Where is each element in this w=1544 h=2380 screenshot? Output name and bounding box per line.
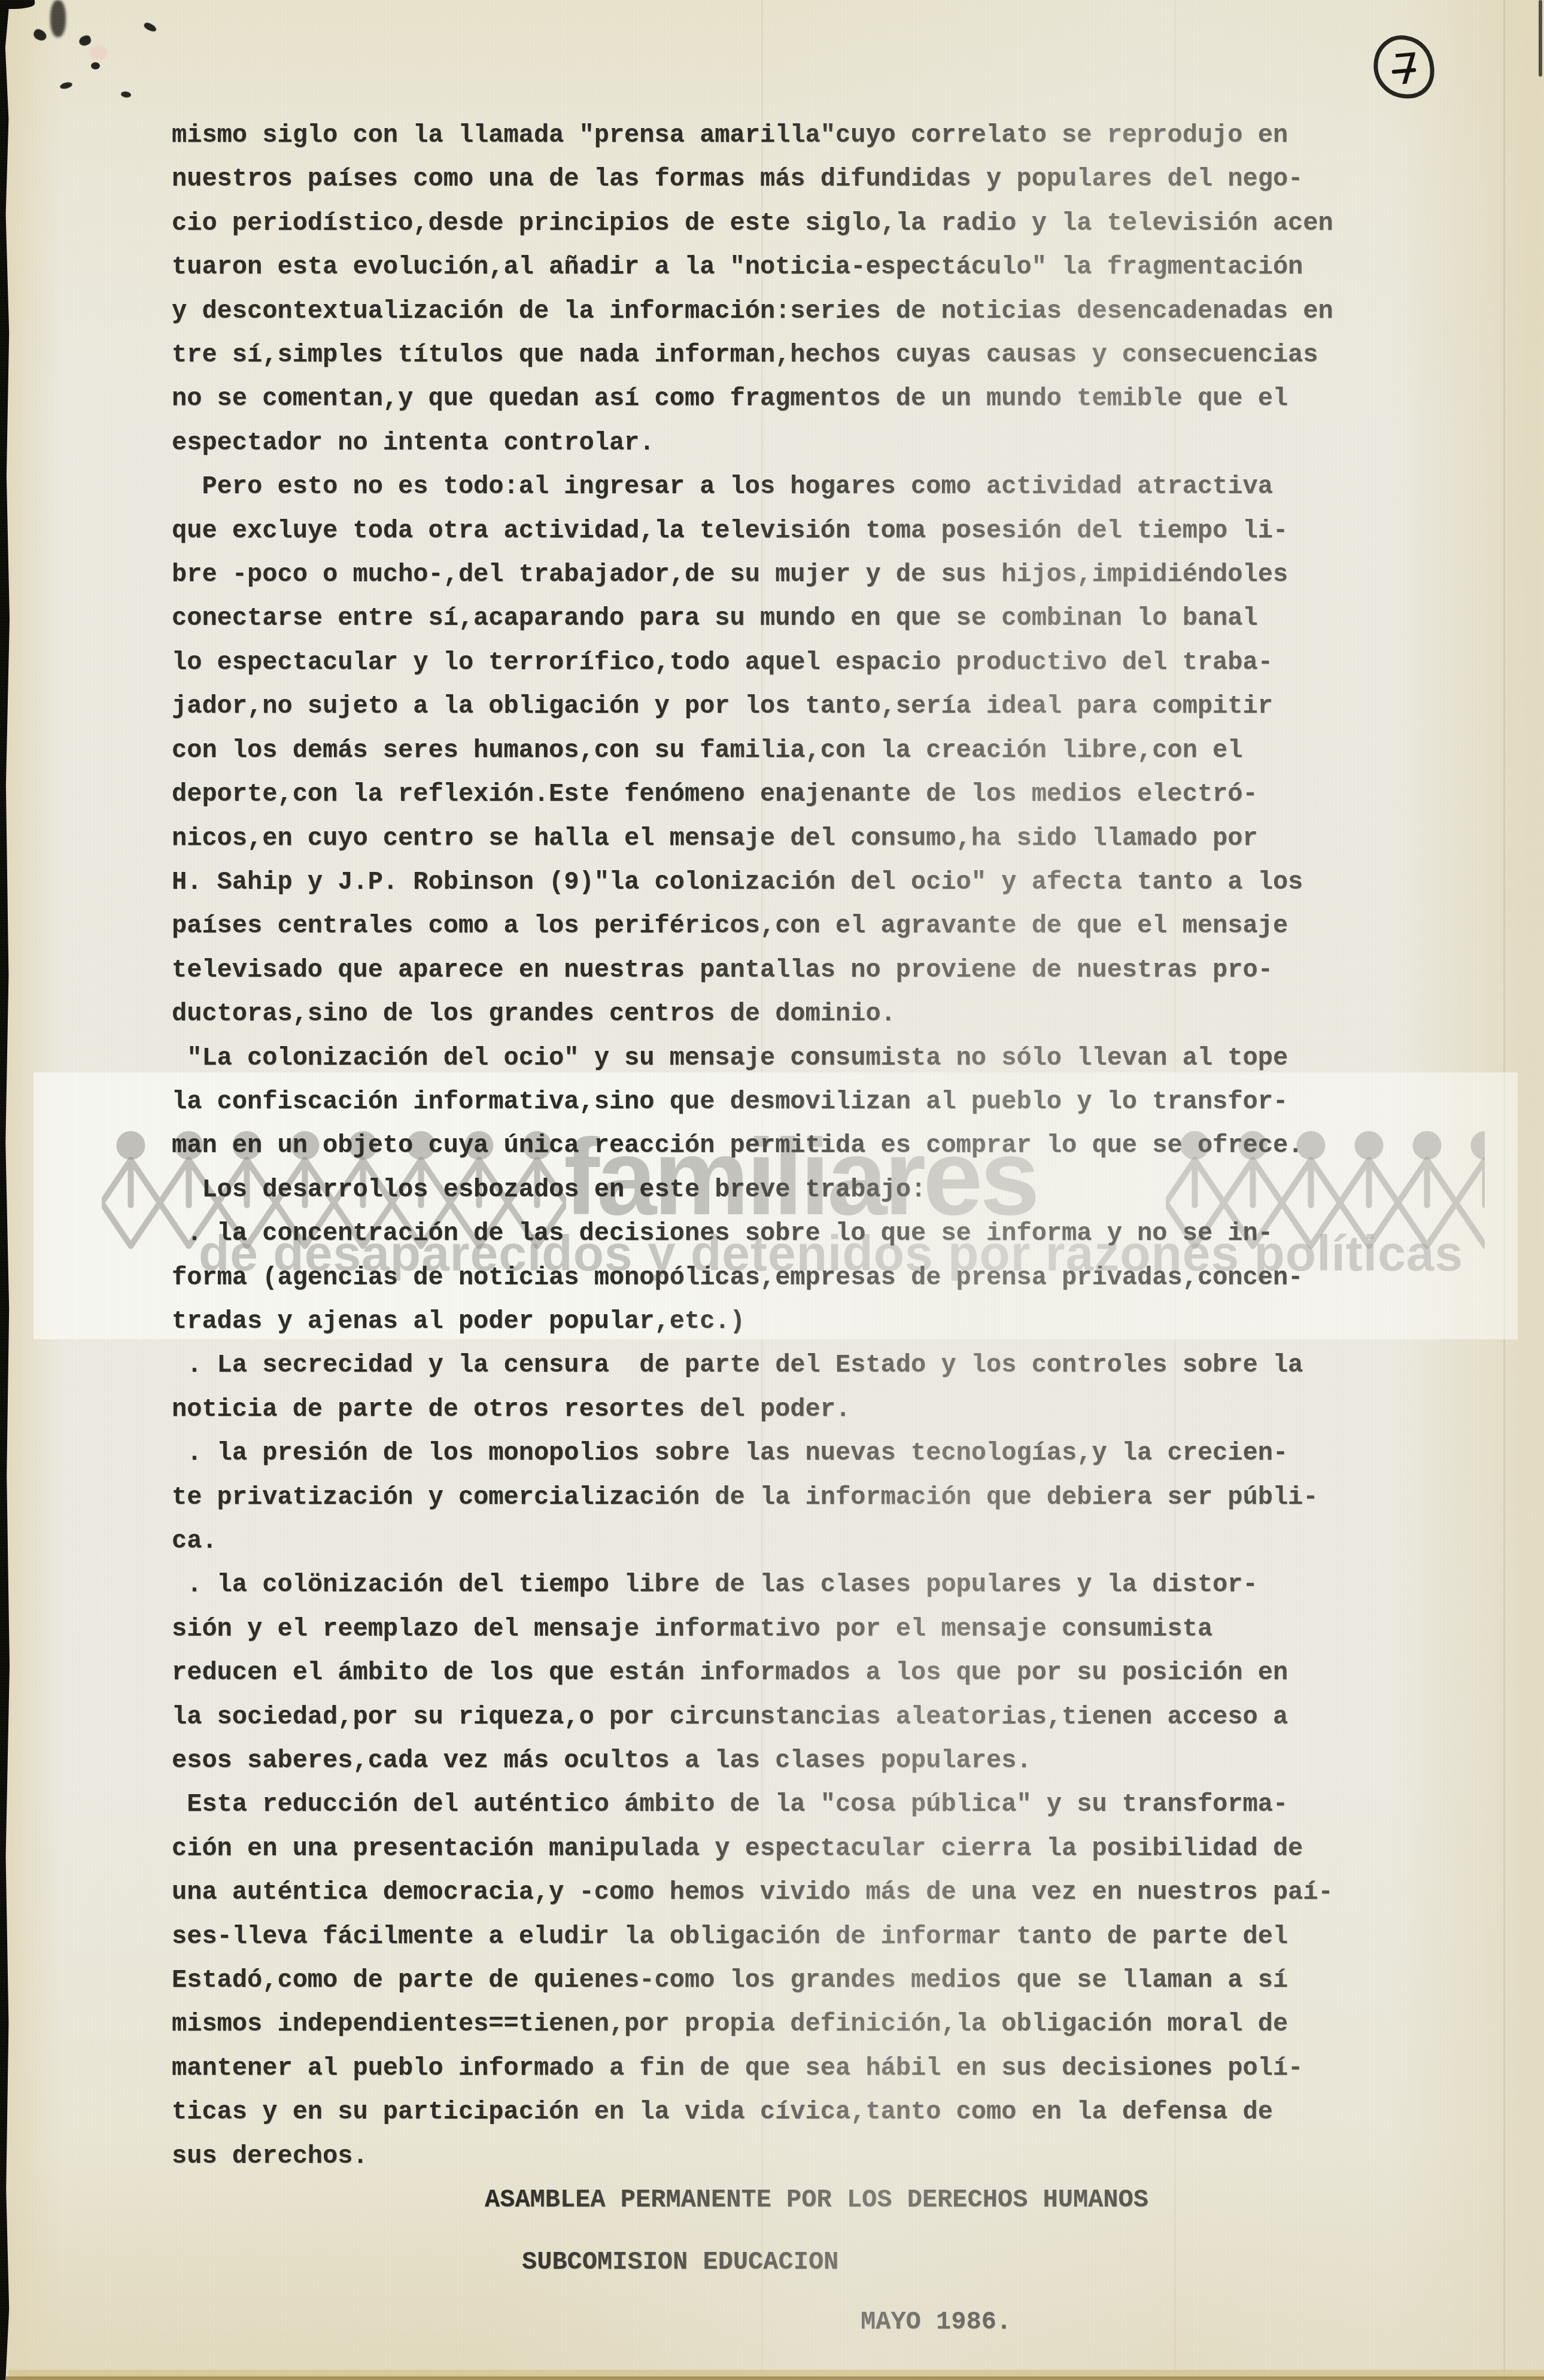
- ink-speck: [91, 62, 100, 69]
- scan-edge-bottom: [6, 2376, 1544, 2380]
- ink-speck: [120, 91, 131, 98]
- ink-speck: [143, 21, 158, 34]
- ink-speck: [32, 28, 48, 42]
- footer-date: MAYO 1986.: [861, 2308, 1011, 2336]
- scan-edge-right: [1539, 0, 1542, 77]
- scan-edge-corner: [0, 0, 35, 9]
- footer-organization: ASAMBLEA PERMANENTE POR LOS DERECHOS HUM…: [485, 2186, 1148, 2214]
- ink-speck: [59, 81, 73, 90]
- ink-speck: [78, 34, 92, 47]
- document-body: mismo siglo con la llamada "prensa amari…: [172, 114, 1333, 2178]
- ink-speck: [50, 0, 66, 37]
- page-number-circle: 7: [1369, 34, 1439, 101]
- scanned-page: familiares de desaparecidos y detenidos …: [0, 0, 1544, 2380]
- paper-chip: [90, 45, 108, 60]
- scan-edge-left: [0, 0, 10, 2380]
- footer-subcommission: SUBCOMISION EDUCACION: [522, 2248, 838, 2276]
